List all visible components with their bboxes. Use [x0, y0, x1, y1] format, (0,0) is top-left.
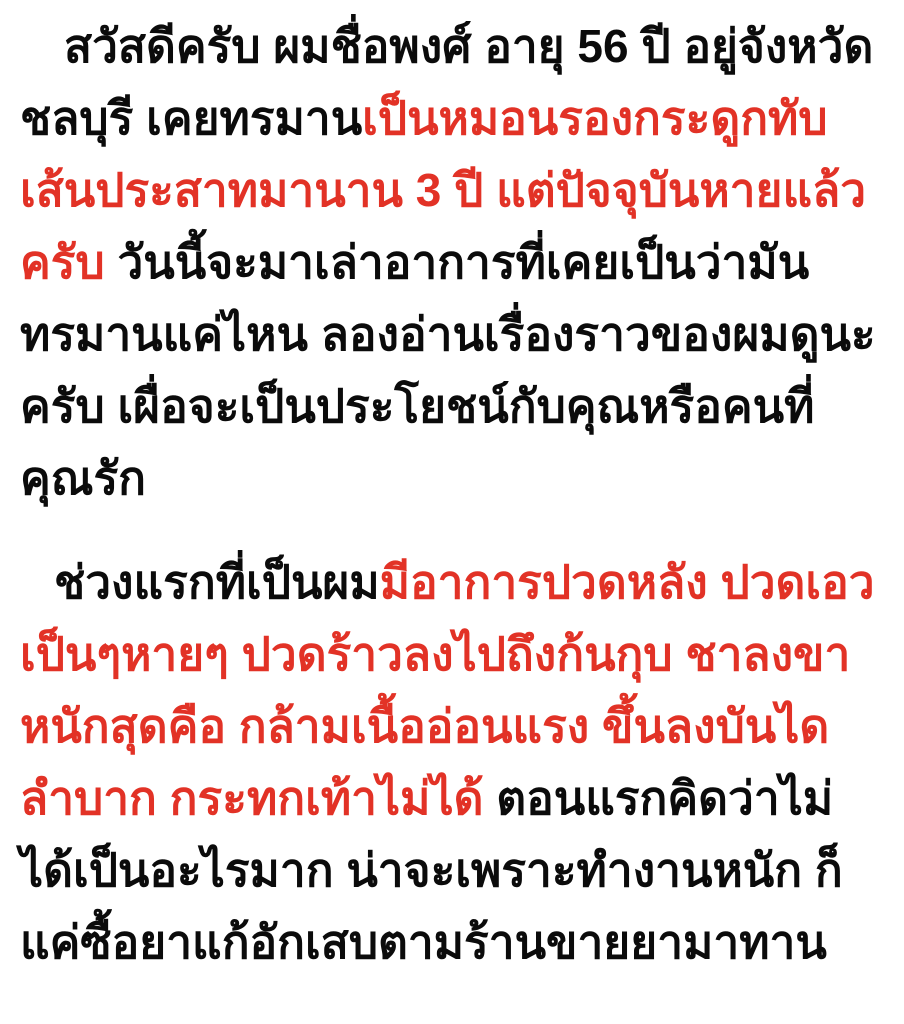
paragraph-intro: สวัสดีครับ ผมชื่อพงศ์ อายุ 56 ปี อยู่จัง…: [20, 10, 886, 514]
post-image-background: { "page": { "background": "#ffffff", "co…: [0, 0, 904, 1024]
text-segment-story-invite: วันนี้จะมาเล่าอาการที่เคยเป็นว่ามันทรมาน…: [20, 236, 876, 504]
text-segment-symptoms-lead: ช่วงแรกที่เป็นผม: [54, 556, 380, 608]
paragraph-symptoms: ช่วงแรกที่เป็นผมมีอาการปวดหลัง ปวดเอว เป…: [20, 546, 886, 978]
post-text: สวัสดีครับ ผมชื่อพงศ์ อายุ 56 ปี อยู่จัง…: [0, 0, 904, 1024]
